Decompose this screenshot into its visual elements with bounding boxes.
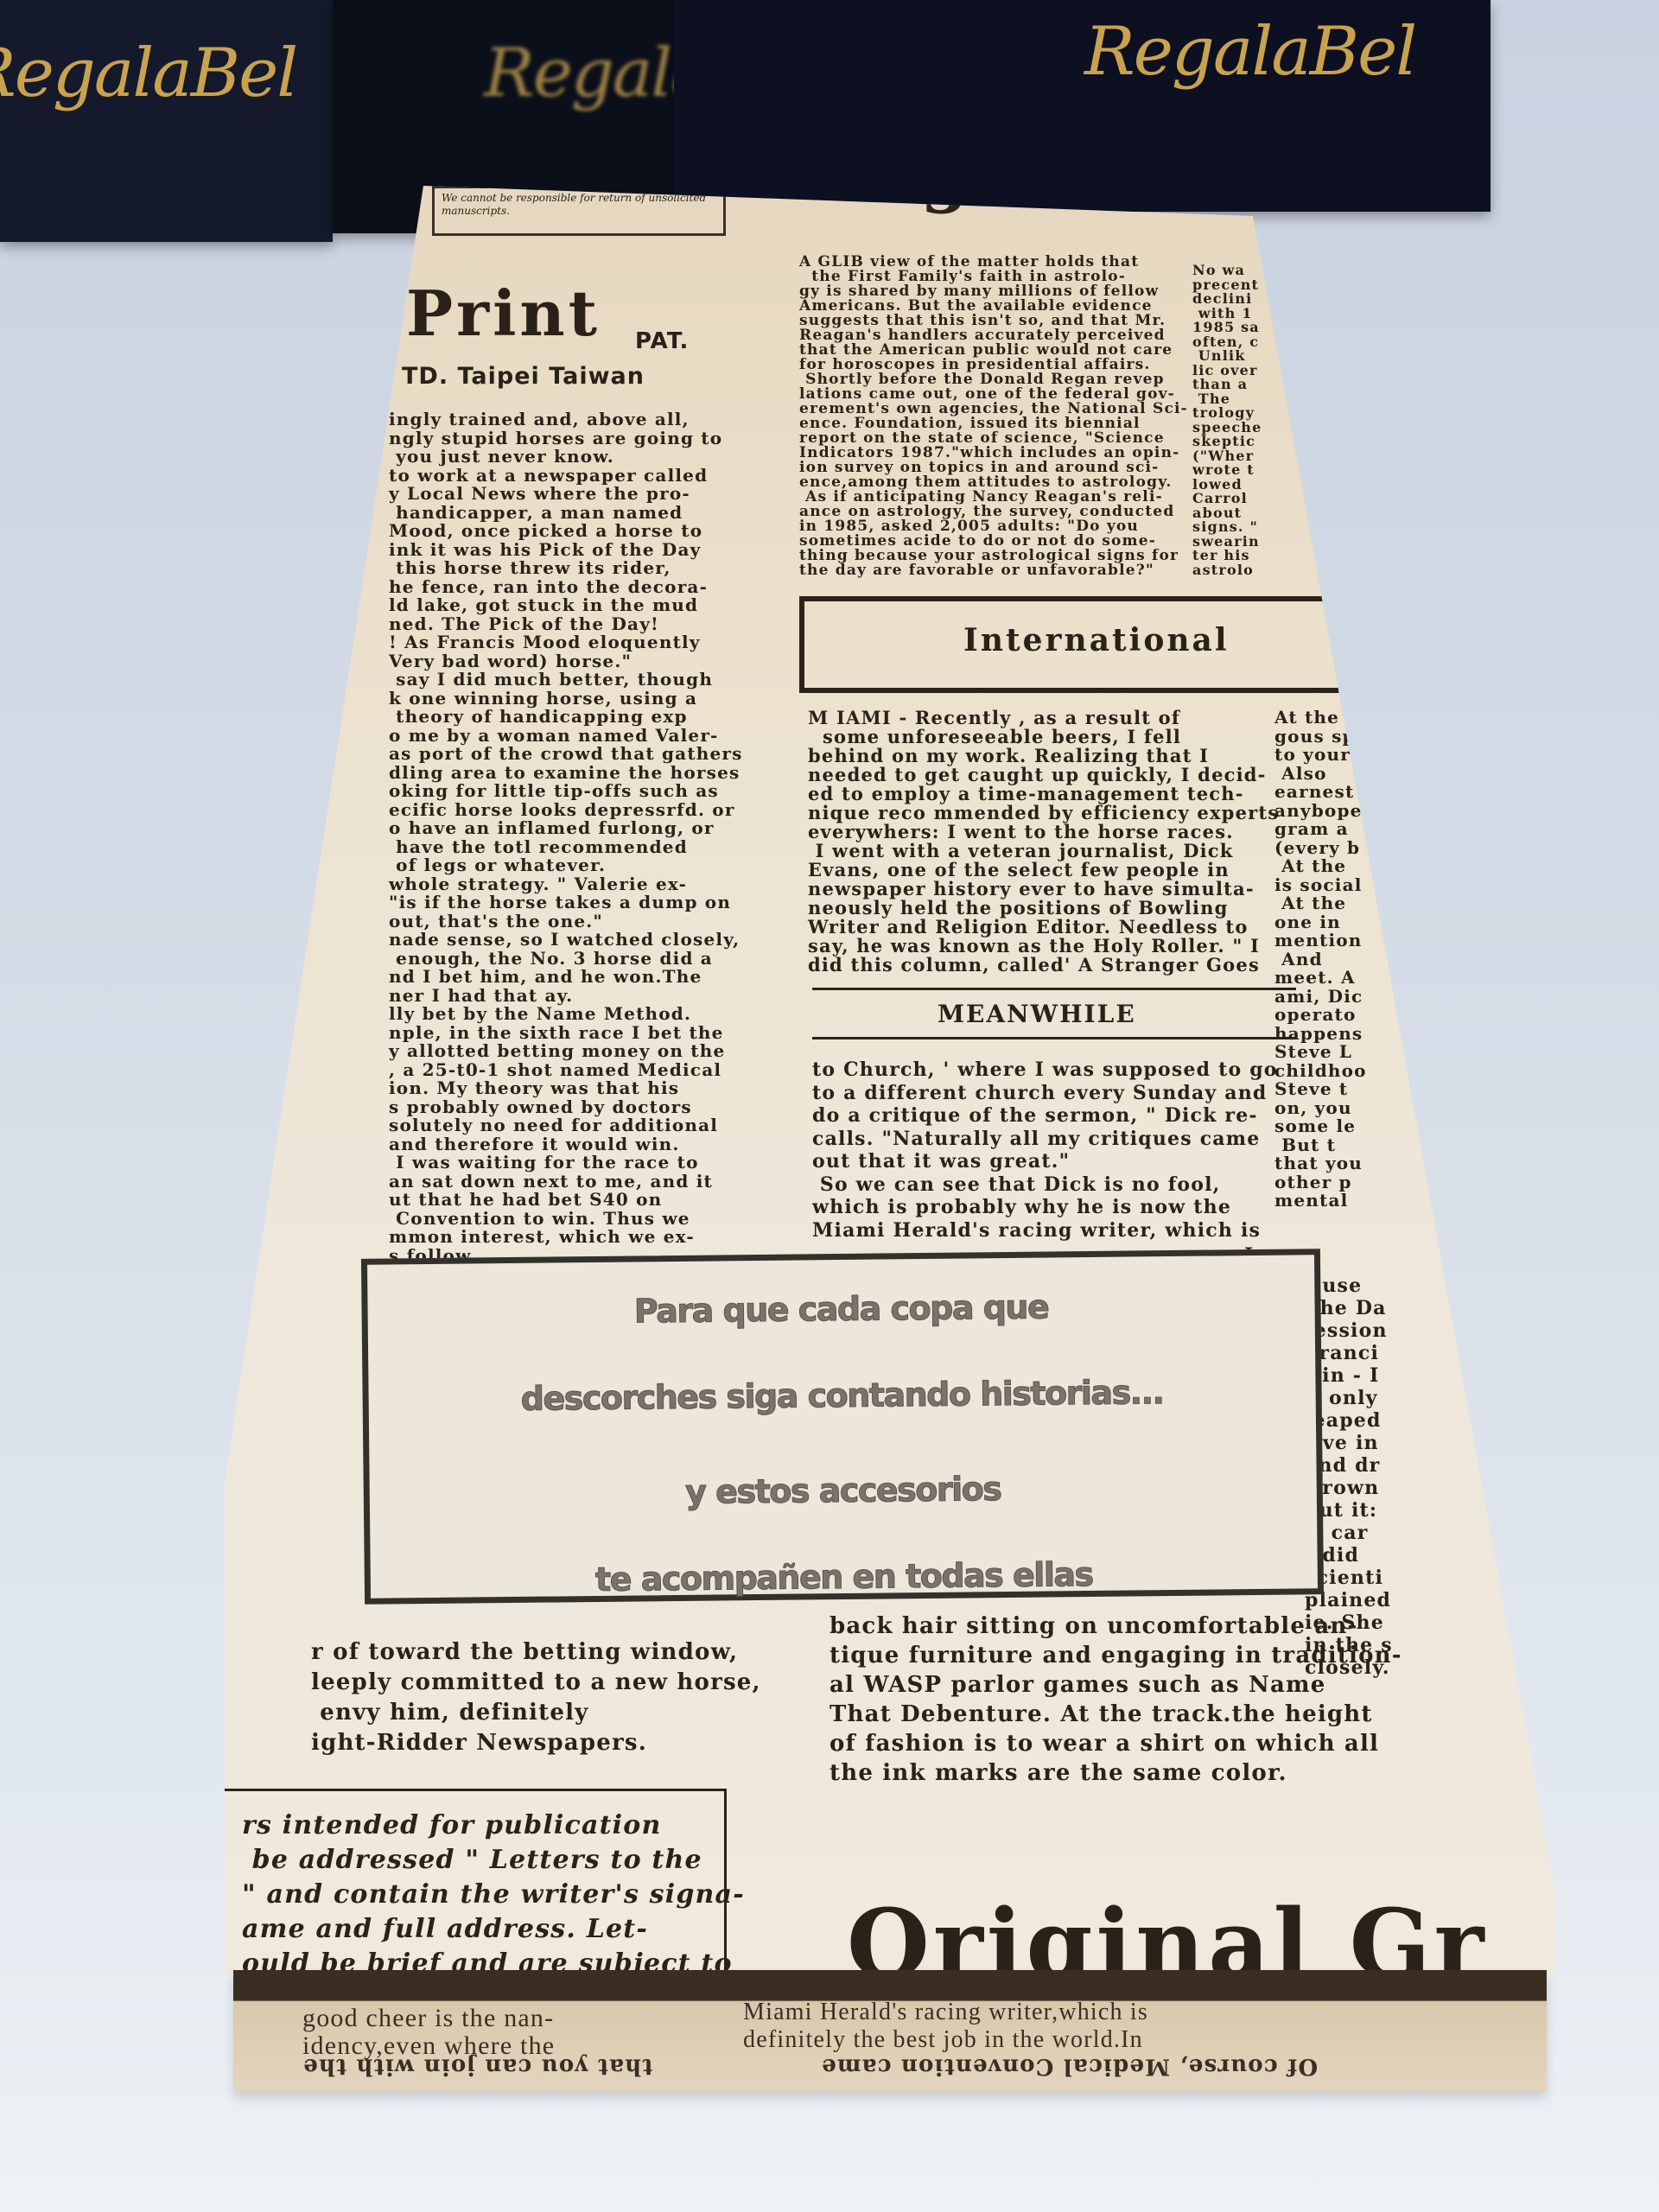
taipei-label: TD. Taipei Taiwan <box>402 363 645 390</box>
masthead-bottom: Original Gr <box>847 1888 1488 1974</box>
horse-race-column-end: r of toward the betting window, leeply c… <box>311 1637 761 1758</box>
letters-box: rs intended for publication be addressed… <box>225 1789 727 1974</box>
astrology-column: A GLIB view of the matter holds that the… <box>799 255 1188 578</box>
rule <box>812 1037 1296 1039</box>
church-article: to Church, ' where I was supposed to go … <box>812 1058 1278 1242</box>
newspaper-print-box: We cannot be responsible for return of u… <box>225 186 1555 2095</box>
pat-label: PAT. <box>635 328 689 354</box>
gift-box-right: RegalaBel <box>674 0 1491 212</box>
manuscripts-notice: We cannot be responsible for return of u… <box>432 186 726 236</box>
regalabel-logo: RegalaBel <box>0 35 296 112</box>
miami-article: M IAMI - Recently , as a result of some … <box>808 709 1279 975</box>
section-heading: International <box>963 622 1230 658</box>
meanwhile-heading: MEANWHILE <box>938 1000 1136 1028</box>
wasp-article: back hair sitting on uncomfortable an- t… <box>829 1611 1402 1788</box>
quote-line-3: y estos accesorios <box>370 1466 1317 1514</box>
quote-line-1: Para que cada copa que <box>367 1285 1314 1332</box>
right-column: At the gous spi to yours Also earnest an… <box>1274 709 1367 1211</box>
box-side-edge: good cheer is the nan- idency,even where… <box>233 1970 1547 2091</box>
quote-line-4: te acompañen en todas ellas <box>371 1553 1318 1600</box>
masthead-top: Original Gr <box>795 186 1243 215</box>
quote-line-2: descorches siga contando historias... <box>368 1371 1315 1419</box>
rule <box>812 988 1296 990</box>
quote-label: Para que cada copa que descorches siga c… <box>361 1249 1324 1605</box>
regalabel-logo: RegalaBel <box>1084 13 1415 91</box>
box-lid: We cannot be responsible for return of u… <box>225 186 1555 1974</box>
print-heading: Print <box>406 276 601 350</box>
astrology-side-column: No wa precent declini with 1 1985 sa oft… <box>1192 264 1262 577</box>
